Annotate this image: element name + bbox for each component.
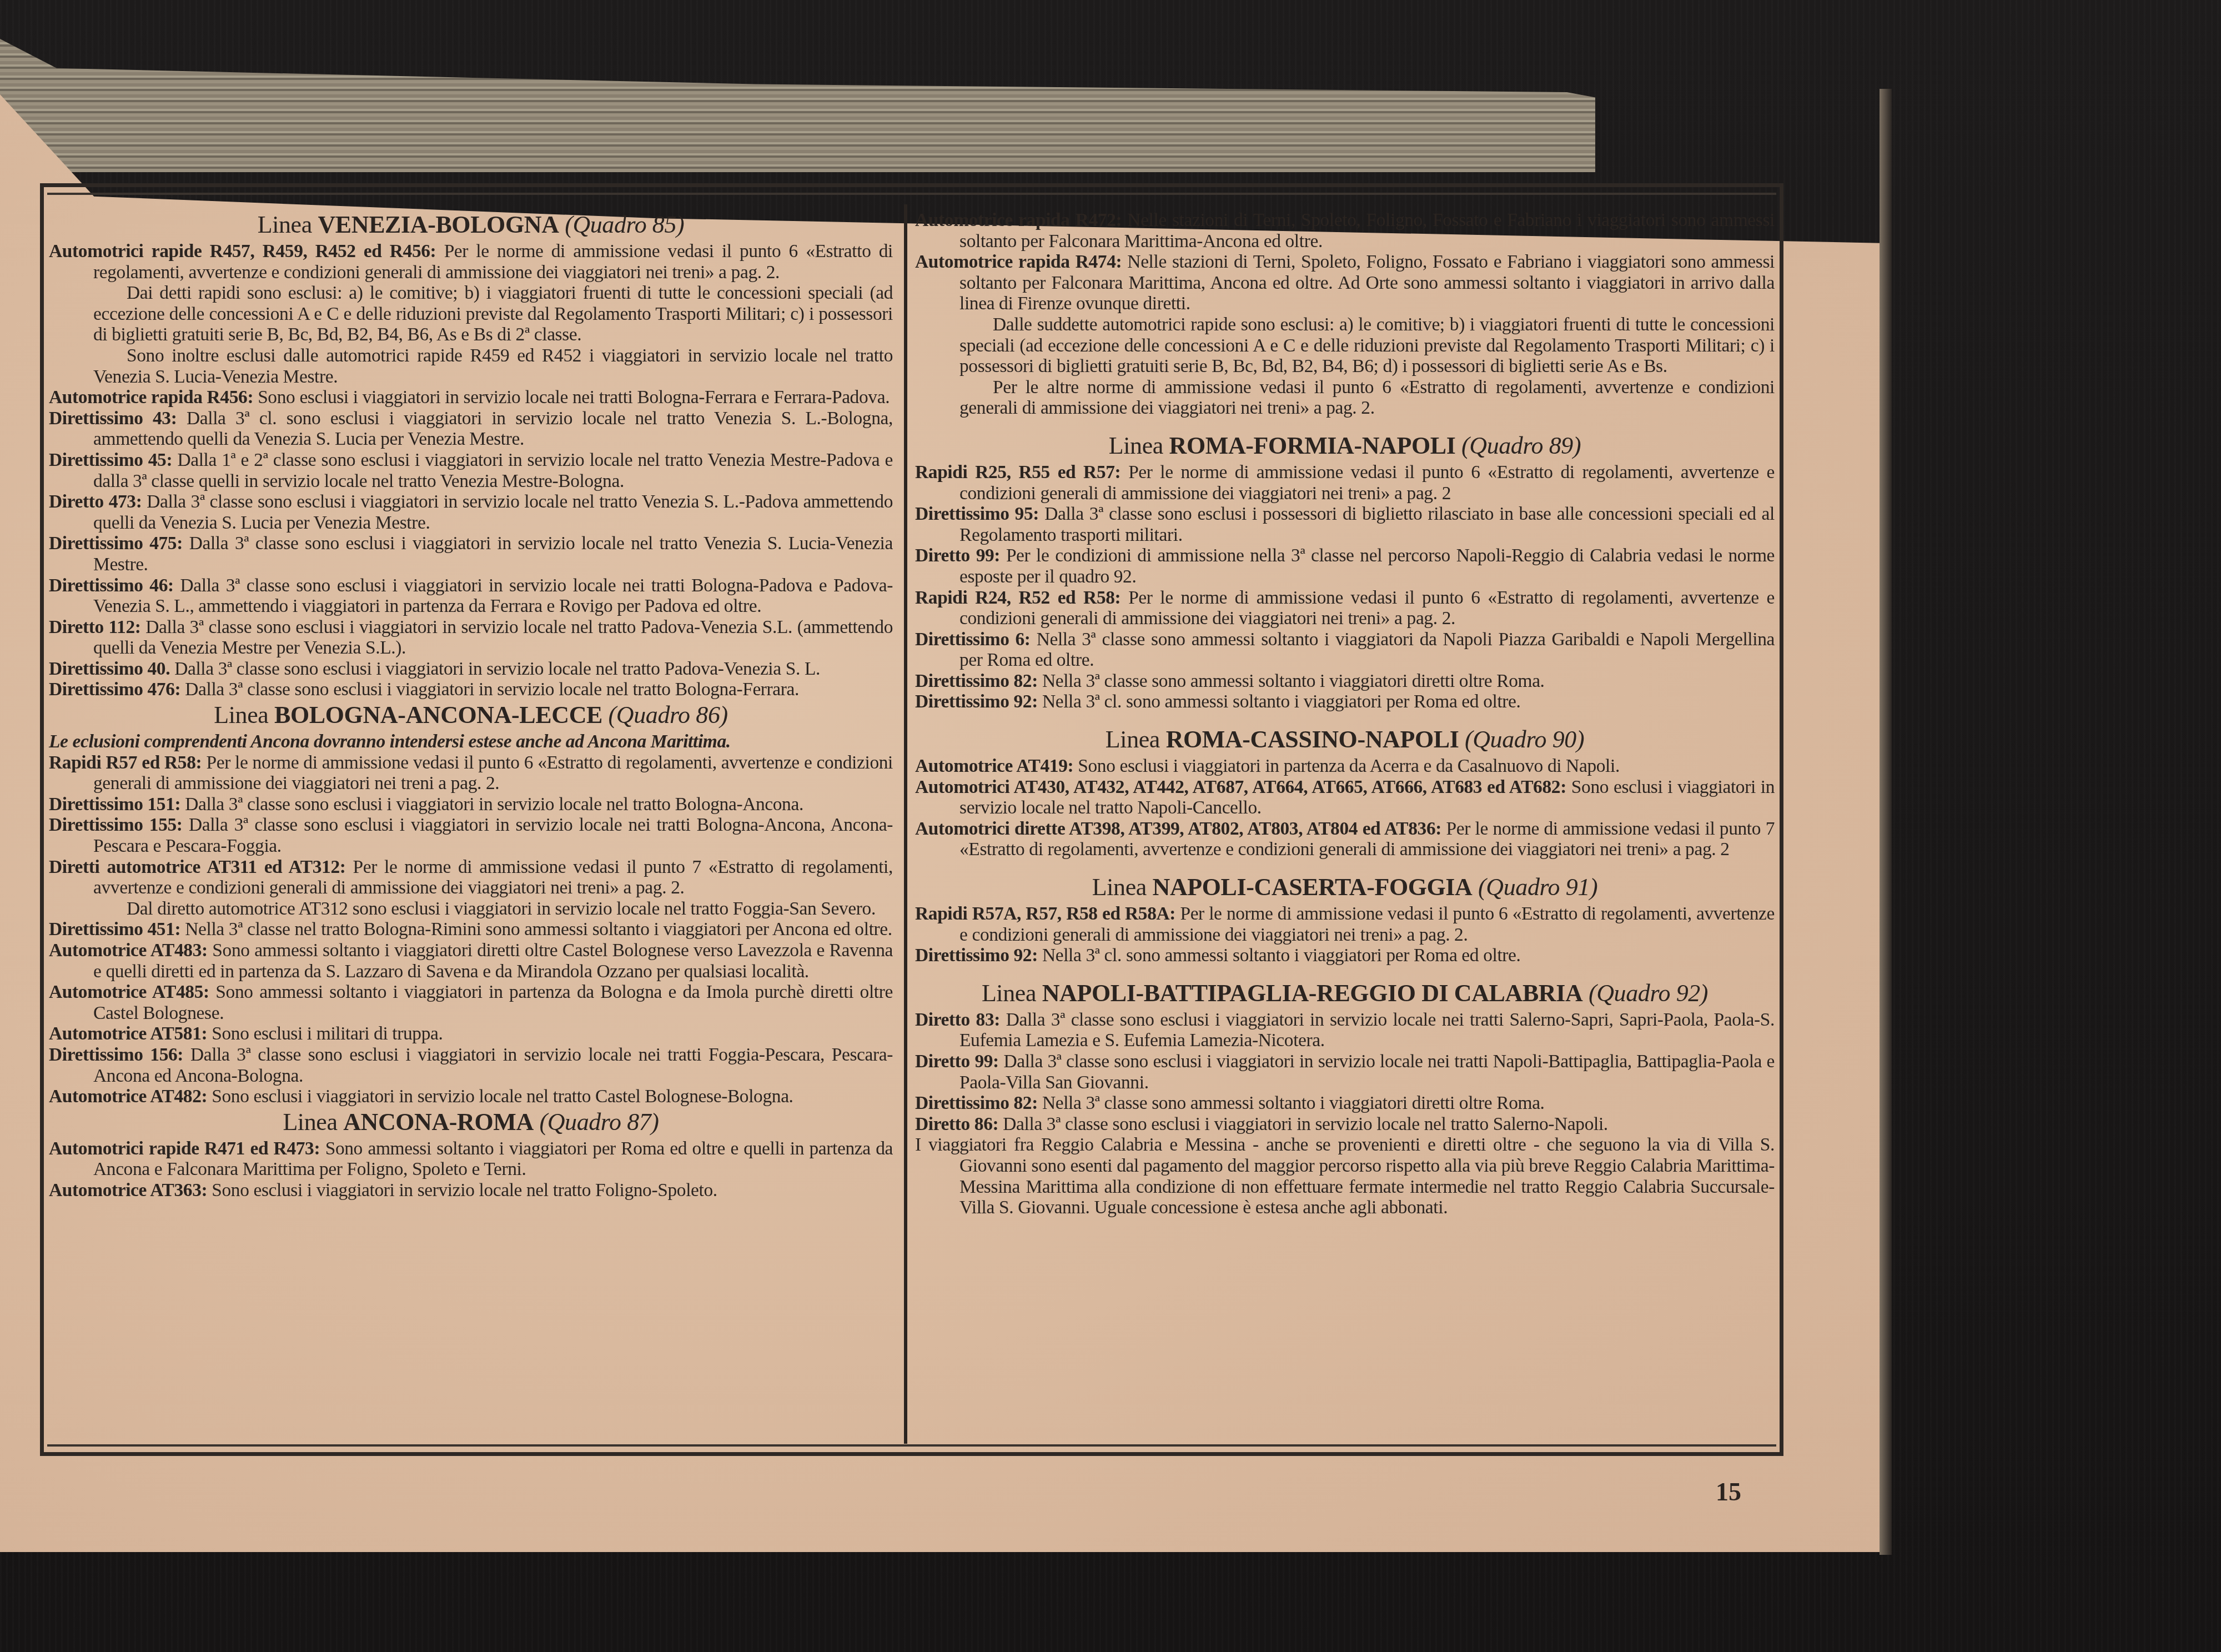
section-ancona-roma-continued: Automotrice rapida R472: Nelle stazioni … — [915, 210, 1775, 419]
entry: Direttissimo 82: Nella 3ª classe sono am… — [915, 671, 1775, 692]
entry: Automotrice AT581: Sono esclusi i milita… — [49, 1023, 893, 1045]
entry: Direttissimo 92: Nella 3ª cl. sono ammes… — [915, 945, 1775, 966]
entry: Direttissimo 40. Dalla 3ª classe sono es… — [49, 659, 893, 680]
spacer — [915, 712, 1775, 725]
paragraph: Dal diretto automotrice AT312 sono esclu… — [49, 898, 893, 920]
entry: Diretto 99: Dalla 3ª classe sono esclusi… — [915, 1051, 1775, 1093]
entry: Diretto 83: Dalla 3ª classe sono esclusi… — [915, 1010, 1775, 1051]
section-napoli-caserta-foggia: Linea NAPOLI-CASERTA-FOGGIA (Quadro 91) … — [915, 873, 1775, 966]
section-roma-formia-napoli: Linea ROMA-FORMIA-NAPOLI (Quadro 89) Rap… — [915, 432, 1775, 712]
entry: Automotrice AT483: Sono ammessi soltanto… — [49, 940, 893, 982]
entry: Direttissimo 92: Nella 3ª cl. sono ammes… — [915, 691, 1775, 712]
spacer — [915, 419, 1775, 431]
entry: Direttissimo 43: Dalla 3ª cl. sono esclu… — [49, 408, 893, 450]
entry: Automotrice rapida R474: Nelle stazioni … — [915, 252, 1775, 314]
section-note: Le eclusioni comprendenti Ancona dovrann… — [49, 731, 893, 752]
entry: Automotrice AT419: Sono esclusi i viaggi… — [915, 756, 1775, 777]
entry: I viaggiatori fra Reggio Calabria e Mess… — [915, 1134, 1775, 1218]
page-edge-shadow — [1880, 89, 1892, 1555]
section-title: Linea ROMA-FORMIA-NAPOLI (Quadro 89) — [915, 432, 1775, 460]
entry: Diretto 99: Per le condizioni di ammissi… — [915, 545, 1775, 587]
entry: Automotrice rapida R456: Sono esclusi i … — [49, 387, 893, 408]
entry: Direttissimo 476: Dalla 3ª classe sono e… — [49, 679, 893, 700]
section-title: Linea BOLOGNA-ANCONA-LECCE (Quadro 86) — [49, 701, 893, 729]
section-title: Linea NAPOLI-CASERTA-FOGGIA (Quadro 91) — [915, 873, 1775, 901]
entry: Diretto 473: Dalla 3ª classe sono esclus… — [49, 491, 893, 533]
entry: Direttissimo 45: Dalla 1ª e 2ª classe so… — [49, 450, 893, 491]
entry: Direttissimo 95: Dalla 3ª classe sono es… — [915, 504, 1775, 545]
entry: Diretto 86: Dalla 3ª classe sono esclusi… — [915, 1114, 1775, 1135]
entry: Rapidi R57 ed R58: Per le norme di ammis… — [49, 752, 893, 794]
section-ancona-roma: Linea ANCONA-ROMA (Quadro 87) Automotric… — [49, 1108, 893, 1201]
entry: Direttissimo 46: Dalla 3ª classe sono es… — [49, 575, 893, 617]
entry: Automotrice AT482: Sono esclusi i viaggi… — [49, 1086, 893, 1107]
section-title: Linea NAPOLI-BATTIPAGLIA-REGGIO DI CALAB… — [915, 980, 1775, 1007]
spacer — [915, 966, 1775, 978]
entry: Diretti automotrice AT311 ed AT312: Per … — [49, 857, 893, 898]
entry: Automotrici dirette AT398, AT399, AT802,… — [915, 819, 1775, 860]
entry: Direttissimo 151: Dalla 3ª classe sono e… — [49, 794, 893, 815]
entry: Direttissimo 156: Dalla 3ª classe sono e… — [49, 1045, 893, 1086]
left-column: Linea VENEZIA-BOLOGNA (Quadro 85) Automo… — [49, 210, 893, 1201]
spacer — [915, 860, 1775, 872]
entry: Direttissimo 451: Nella 3ª classe nel tr… — [49, 919, 893, 940]
section-title: Linea ROMA-CASSINO-NAPOLI (Quadro 90) — [915, 726, 1775, 754]
paragraph: Dalle suddette automotrici rapide sono e… — [915, 314, 1775, 377]
section-title: Linea ANCONA-ROMA (Quadro 87) — [49, 1108, 893, 1136]
entry: Automotrici rapide R471 ed R473: Sono am… — [49, 1138, 893, 1180]
section-roma-cassino-napoli: Linea ROMA-CASSINO-NAPOLI (Quadro 90) Au… — [915, 726, 1775, 860]
entry: Rapidi R25, R55 ed R57: Per le norme di … — [915, 462, 1775, 504]
entry: Rapidi R24, R52 ed R58: Per le norme di … — [915, 588, 1775, 629]
column-divider — [904, 204, 907, 1444]
entry: Direttissimo 82: Nella 3ª classe sono am… — [915, 1093, 1775, 1114]
entry: Direttissimo 155: Dalla 3ª classe sono e… — [49, 815, 893, 856]
entry: Automotrice AT363: Sono esclusi i viaggi… — [49, 1180, 893, 1201]
section-title: Linea VENEZIA-BOLOGNA (Quadro 85) — [49, 211, 893, 239]
section-napoli-battipaglia-reggio: Linea NAPOLI-BATTIPAGLIA-REGGIO DI CALAB… — [915, 980, 1775, 1218]
entry: Automotrice rapida R472: Nelle stazioni … — [915, 210, 1775, 252]
entry: Direttissimo 475: Dalla 3ª classe sono e… — [49, 533, 893, 575]
right-column: Automotrice rapida R472: Nelle stazioni … — [915, 210, 1775, 1218]
paragraph: Sono inoltre esclusi dalle automotrici r… — [49, 345, 893, 387]
section-venezia-bologna: Linea VENEZIA-BOLOGNA (Quadro 85) Automo… — [49, 211, 893, 700]
entry: Automotrici AT430, AT432, AT442, AT687, … — [915, 777, 1775, 819]
entry: Direttissimo 6: Nella 3ª classe sono amm… — [915, 629, 1775, 671]
paragraph: Dai detti rapidi sono esclusi: a) le com… — [49, 283, 893, 345]
entry: Automotrici rapide R457, R459, R452 ed R… — [49, 241, 893, 283]
page-number: 15 — [1716, 1477, 1741, 1507]
section-bologna-ancona-lecce: Linea BOLOGNA-ANCONA-LECCE (Quadro 86) L… — [49, 701, 893, 1107]
paragraph: Per le altre norme di ammissione vedasi … — [915, 377, 1775, 419]
entry: Automotrice AT485: Sono ammessi soltanto… — [49, 982, 893, 1023]
entry: Rapidi R57A, R57, R58 ed R58A: Per le no… — [915, 903, 1775, 945]
entry: Diretto 112: Dalla 3ª classe sono esclus… — [49, 617, 893, 659]
